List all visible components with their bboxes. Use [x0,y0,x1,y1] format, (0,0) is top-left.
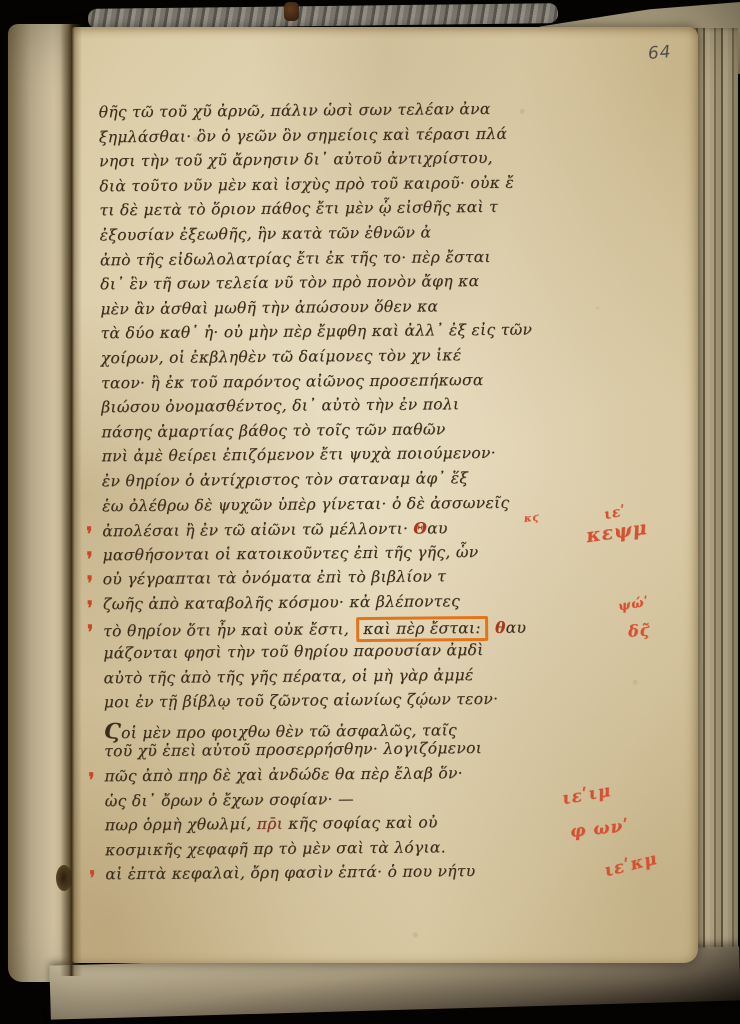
text-run: πῶς ἀπὸ πηρ δὲ χαὶ ἀνδώδε θα πὲρ ἔλαβ ὅν… [104,764,463,785]
text-run: νησι τὴν τοῦ χῦ ἄρνησιν δι᾽ αὐτοῦ ἀντιχρ… [99,149,493,170]
text-run: βιώσου ὀνομασθέντος, δι᾽ αὐτὸ τὴν ἐν πολ… [101,395,459,416]
diple-mark-icon: ❜ [86,548,93,570]
enlarged-initial: Ϛ [104,718,121,743]
text-run: τοῦ χῦ ἐπεὶ αὐτοῦ προσερρήσθην· λογιζόμε… [104,739,482,760]
text-run: τι δὲ μετὰ τὸ ὅριον πάθος ἔτι μὲν ᾧ εἰσθ… [99,198,498,219]
text-run: μὲν ἂν ἀσθαὶ μωθῆ τὴν ἀπώσουν ὅθεν κα [100,297,438,318]
diple-mark-icon: ❜ [88,769,95,791]
text-run: ὡς δι᾽ ὄρων ὁ ἔχων σοφίαν· — [105,790,354,810]
binding-knob [284,2,299,21]
text-run: τὰ δύο καθ᾽ ἡ· οὐ μὴν πὲρ ἔμφθη καὶ ἀλλ᾽… [101,321,533,343]
text-run: μοι ἐν τῇ βίβλῳ τοῦ ζῶντος αἰωνίως ζῴων … [104,690,499,711]
book-headband [88,3,558,29]
text-run: χοίρων, οἱ ἐκβληθὲν τῶ δαίμονες τὸν χν ἱ… [101,346,462,367]
text-run: ἐν θηρίον ὁ ἀντίχριστος τὸν σαταναμ ἀφ᾽ … [102,469,468,490]
text-run: πνὶ ἀμὲ θείρει ἐπιζόμενον ἔτι ψυχὰ ποιού… [102,444,496,465]
text-run: ἐξουσίαν ἐξεωθῆς, ἣν κατὰ τῶν ἐθνῶν ἀ [100,223,432,244]
text-run: αἱ ἑπτὰ κεφαλαὶ, ὄρη φασὶν ἑπτά· ὁ που ν… [105,862,475,883]
diple-mark-icon: ❜ [89,868,96,890]
rubricated-initial: Θ [413,519,427,538]
text-run: μάζονται φησὶ τὴν τοῦ θηρίου παρουσίαν ἀ… [103,641,483,662]
marginal-gloss: δϛ̃ [627,620,651,641]
photo-background: 64 θῆς τῶ τοῦ χῦ ἀρνῶ, πάλιν ὡσὶ σων τελ… [0,0,740,1024]
diple-mark-icon: ❜ [86,523,93,545]
diple-mark-icon: ❜ [87,597,94,619]
diple-mark-icon: ❜ [87,622,94,644]
text-run: διὰ τοῦτο νῦν μὲν καὶ ἰσχὺς πρὸ τοῦ καιρ… [99,173,514,195]
text-run: οὐ γέγραπται τὰ ὀνόματα ἐπὶ τὸ βιβλίον τ [103,568,447,589]
text-run: δι᾽ ἓν τῆ σων τελεία νῦ τὸν πρὸ πονὸν ἄφ… [100,272,479,293]
red-ink-word: πρ̄ι [257,815,283,833]
rubricated-initial: θ [495,618,506,637]
text-run: μασθήσονται οἱ κατοικοῦντες ἐπὶ τῆς γῆς,… [102,543,478,564]
text-run: πωρ ὁρμὴ χθωλμί, [105,815,257,834]
greek-text-block: θῆς τῶ τοῦ χῦ ἀρνῶ, πάλιν ὡσὶ σων τελέαν… [99,99,634,891]
text-run: ξημλάσθαι· ὃν ὁ γεῶν ὃν σημείοις καὶ τέρ… [99,124,507,146]
text-run: πάσης ἁμαρτίας βάθος τὸ τοῖς τῶν παθῶν [101,420,445,441]
right-page-edge-stack [692,28,738,980]
gutter-shadow [60,24,82,976]
text-run: οἱ μὲν προ φοιχθω θὲν τῶ ἀσφαλῶς, ταῖς [121,721,457,742]
text-run: θῆς τῶ τοῦ χῦ ἀρνῶ, πάλιν ὡσὶ σων τελέαν… [99,100,491,121]
text-run: ἀπὸ τῆς εἰδωλολατρίας ἔτι ἐκ τῆς το· πὲρ… [100,247,491,268]
text-run: τὸ θηρίον ὅτι ἦν καὶ οὐκ ἔστι, [103,621,354,641]
folio-number: 64 [647,42,672,64]
text-run: ζωῆς ἀπὸ καταβολῆς κόσμου· κἀ βλέποντες [103,592,460,613]
text-run: αυ [427,519,448,537]
text-run: κοσμικῆς χεφαφῆ πρ τὸ μὲν σαὶ τὰ λόγια. [105,838,446,859]
text-run: ταον· ἢ ἐκ τοῦ παρόντος αἰῶνος προσεπήκω… [101,371,484,392]
text-run: κῆς σοφίας καὶ οὐ [283,814,438,833]
manuscript-text-line: ❜αἱ ἑπτὰ κεφαλαὶ, ὄρη φασὶν ἑπτά· ὁ που … [105,861,633,890]
text-run: αυ [506,619,527,637]
manuscript-page: 64 θῆς τῶ τοῦ χῦ ἀρνῶ, πάλιν ὡσὶ σων τελ… [70,27,698,963]
annotation-highlight-box: καὶ πὲρ ἔσται: [356,616,488,642]
text-run: ἑω ὀλέθρω δὲ ψυχῶν ὑπὲρ γίνεται· ὁ δὲ ἀσ… [102,493,509,515]
text-run: αὐτὸ τῆς ἀπὸ τῆς γῆς πέρατα, οἱ μὴ γὰρ ἀ… [104,666,474,687]
diple-mark-icon: ❜ [87,573,94,595]
marginal-gloss: κϛ [523,512,540,525]
text-run: ἀπολέσαι ἢ ἐν τῶ αἰῶνι τῶ μέλλοντι· [102,520,413,541]
